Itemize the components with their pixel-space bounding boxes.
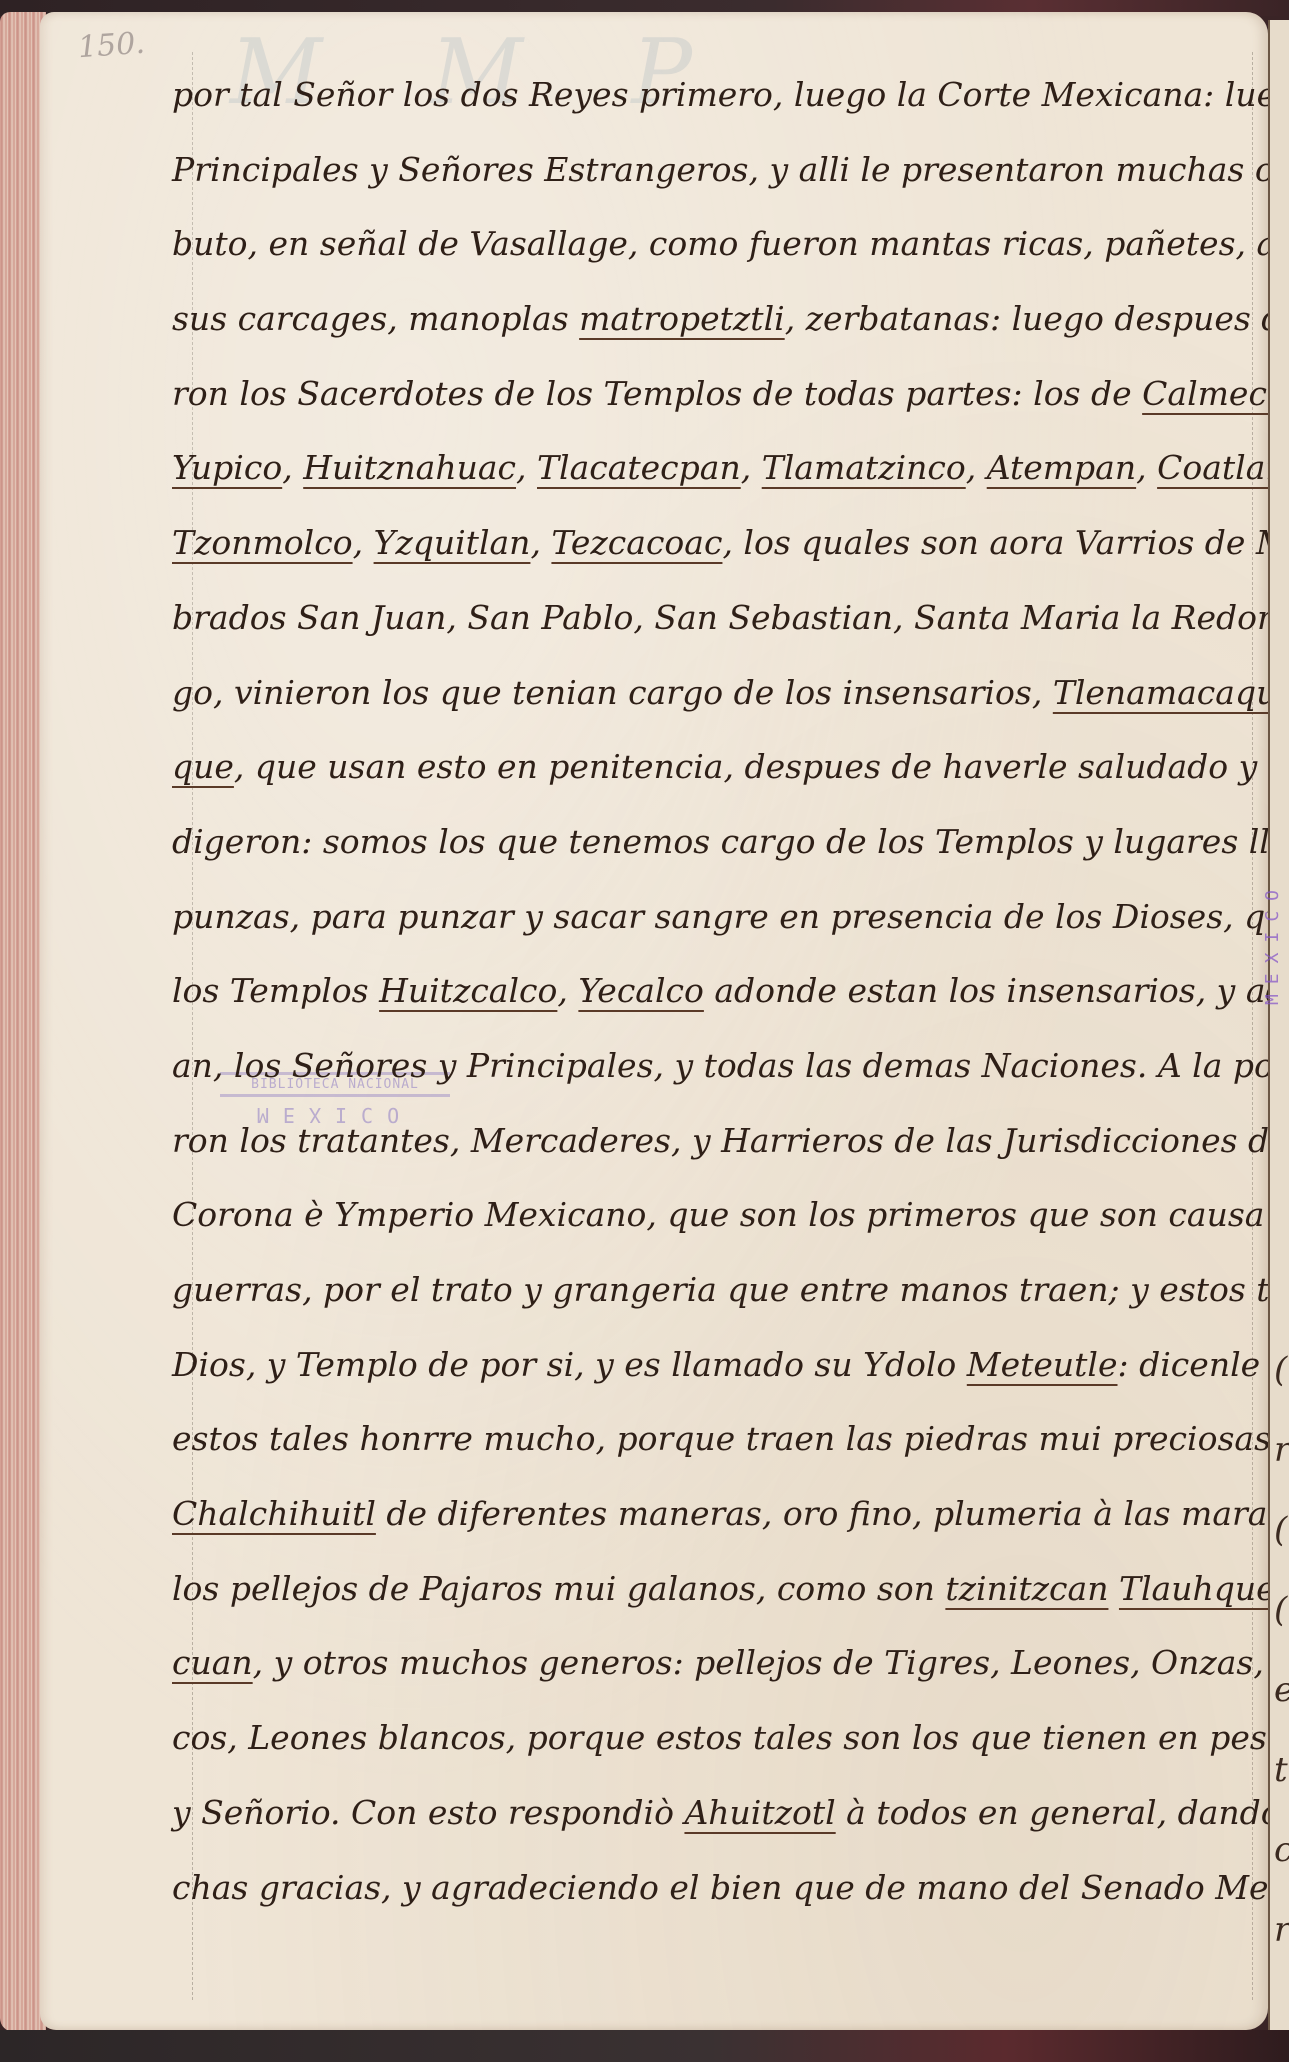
next-page-edge: (r((etcr xyxy=(1268,20,1289,2030)
line-text: go, vinieron los que tenian cargo de los… xyxy=(172,673,1053,712)
underlined-term: Huitzcalco xyxy=(379,971,557,1010)
next-page-fragment: c xyxy=(1274,1830,1289,1870)
next-page-fragment: r xyxy=(1274,1910,1289,1950)
manuscript-line: los pellejos de Pajaros mui galanos, com… xyxy=(172,1552,1222,1627)
manuscript-line: sus carcages, manoplas matropetztli, zer… xyxy=(172,282,1222,357)
manuscript-line: go, vinieron los que tenian cargo de los… xyxy=(172,656,1222,731)
manuscript-line: Principales y Señores Estrangeros, y all… xyxy=(172,133,1222,208)
line-text: , xyxy=(557,971,578,1010)
line-text: an, los Señores y Principales, y todas l… xyxy=(172,1046,1289,1085)
manuscript-text: por tal Señor los dos Reyes primero, lue… xyxy=(172,58,1222,1925)
manuscript-line: Chalchihuitl de diferentes maneras, oro … xyxy=(172,1477,1222,1552)
line-text: : dicenle que à xyxy=(1118,1345,1289,1384)
underlined-term: Tlamatzinco xyxy=(762,448,966,487)
line-text: sus carcages, manoplas xyxy=(172,299,579,338)
right-margin-rule xyxy=(1252,52,1253,2000)
manuscript-line: digeron: somos los que tenemos cargo de … xyxy=(172,805,1222,880)
line-text: Corona è Ymperio Mexicano, que son los p… xyxy=(172,1195,1289,1234)
underlined-term: tzinitzcan xyxy=(945,1569,1108,1608)
book-cover-bottom xyxy=(0,2030,1289,2062)
line-text: à todos en general, dandoles mu: xyxy=(836,1793,1289,1832)
manuscript-line: punzas, para punzar y sacar sangre en pr… xyxy=(172,880,1222,955)
underlined-term: Meteutle xyxy=(967,1345,1118,1384)
line-text: brados San Juan, San Pablo, San Sebastia… xyxy=(172,598,1289,637)
line-text: , que usan esto en penitencia, despues d… xyxy=(234,747,1289,786)
manuscript-line: los Templos Huitzcalco, Yecalco adonde e… xyxy=(172,954,1222,1029)
line-text: , xyxy=(282,448,303,487)
next-page-fragment: r xyxy=(1274,1430,1289,1470)
manuscript-line: y Señorio. Con esto respondiò Ahuitzotl … xyxy=(172,1776,1222,1851)
manuscript-line: an, los Señores y Principales, y todas l… xyxy=(172,1029,1222,1104)
next-page-fragment: t xyxy=(1274,1750,1288,1790)
line-text: Principales y Señores Estrangeros, y all… xyxy=(172,150,1289,189)
line-text: estos tales honrre mucho, porque traen l… xyxy=(172,1419,1289,1458)
manuscript-line: Yupico, Huitznahuac, Tlacatecpan, Tlamat… xyxy=(172,431,1222,506)
line-text: , xyxy=(1136,448,1157,487)
manuscript-line: brados San Juan, San Pablo, San Sebastia… xyxy=(172,581,1222,656)
line-text: buto, en señal de Vasallage, como fueron… xyxy=(172,224,1289,263)
underlined-term: Tzonmolco xyxy=(172,523,353,562)
line-text xyxy=(1108,1569,1119,1608)
side-stamp: MEXICO xyxy=(1262,880,1283,1005)
line-text: , xyxy=(966,448,987,487)
next-page-fragment: ( xyxy=(1274,1510,1287,1550)
next-page-fragment: e xyxy=(1274,1670,1289,1710)
line-text: los Templos xyxy=(172,971,379,1010)
manuscript-line: guerras, por el trato y grangeria que en… xyxy=(172,1253,1222,1328)
next-page-fragment: ( xyxy=(1274,1590,1287,1630)
line-text: por tal Señor los dos Reyes primero, lue… xyxy=(172,75,1289,114)
manuscript-line: ron los tratantes, Mercaderes, y Harrier… xyxy=(172,1104,1222,1179)
line-text: , y otros muchos generos: pellejos de Ti… xyxy=(253,1643,1289,1682)
underlined-term: Tlacatecpan xyxy=(537,448,741,487)
line-text: cos, Leones blancos, porque estos tales … xyxy=(172,1718,1289,1757)
manuscript-line: chas gracias, y agradeciendo el bien que… xyxy=(172,1851,1222,1926)
underlined-term: cuan xyxy=(172,1643,253,1682)
underlined-term: Yupico xyxy=(172,448,282,487)
underlined-term: Yzquitlan xyxy=(374,523,531,562)
line-text: digeron: somos los que tenemos cargo de … xyxy=(172,822,1289,861)
line-text: , zerbatanas: luego despues de estos vin… xyxy=(785,299,1289,338)
underlined-term: que xyxy=(172,747,234,786)
line-text: guerras, por el trato y grangeria que en… xyxy=(172,1270,1289,1309)
underlined-term: Huitznahuac xyxy=(303,448,516,487)
underlined-term: Calmecas xyxy=(1142,374,1289,413)
manuscript-line: buto, en señal de Vasallage, como fueron… xyxy=(172,207,1222,282)
line-text: los pellejos de Pajaros mui galanos, com… xyxy=(172,1569,945,1608)
underlined-term: Chalchihuitl xyxy=(172,1494,376,1533)
underlined-term: Atempan xyxy=(987,448,1136,487)
line-text: punzas, para punzar y sacar sangre en pr… xyxy=(172,897,1289,936)
underlined-term: matropetztli xyxy=(579,299,785,338)
line-text: ron los Sacerdotes de los Templos de tod… xyxy=(172,374,1142,413)
manuscript-line: Corona è Ymperio Mexicano, que son los p… xyxy=(172,1178,1222,1253)
line-text: y Señorio. Con esto respondiò xyxy=(172,1793,684,1832)
folio-number: 150. xyxy=(77,26,146,66)
manuscript-line: cos, Leones blancos, porque estos tales … xyxy=(172,1701,1222,1776)
line-text: , xyxy=(741,448,762,487)
manuscript-line: por tal Señor los dos Reyes primero, lue… xyxy=(172,58,1222,133)
manuscript-line: Tzonmolco, Yzquitlan, Tezcacoac, los qua… xyxy=(172,506,1222,581)
manuscript-line: que, que usan esto en penitencia, despue… xyxy=(172,730,1222,805)
underlined-term: Tlauhquechol xyxy=(1119,1569,1289,1608)
line-text: adonde estan los insensarios, y adonde s… xyxy=(704,971,1289,1010)
manuscript-line: Dios, y Templo de por si, y es llamado s… xyxy=(172,1328,1222,1403)
underlined-term: Ahuitzotl xyxy=(684,1793,835,1832)
underlined-term: Yecalco xyxy=(578,971,704,1010)
line-text: , xyxy=(516,448,537,487)
manuscript-line: cuan, y otros muchos generos: pellejos d… xyxy=(172,1626,1222,1701)
line-text: , los quales son aora Varrios de Mexico … xyxy=(722,523,1289,562)
line-text: Dios, y Templo de por si, y es llamado s… xyxy=(172,1345,967,1384)
line-text: , xyxy=(353,523,374,562)
next-page-fragment: ( xyxy=(1274,1350,1287,1390)
line-text: de diferentes maneras, oro fino, plumeri… xyxy=(376,1494,1289,1533)
line-text: , xyxy=(530,523,551,562)
line-text: ron los tratantes, Mercaderes, y Harrier… xyxy=(172,1121,1289,1160)
manuscript-line: estos tales honrre mucho, porque traen l… xyxy=(172,1402,1222,1477)
manuscript-line: ron los Sacerdotes de los Templos de tod… xyxy=(172,357,1222,432)
line-text: chas gracias, y agradeciendo el bien que… xyxy=(172,1868,1289,1907)
underlined-term: Tezcacoac xyxy=(551,523,722,562)
underlined-term: Tlenamacaque xyxy=(1053,673,1289,712)
